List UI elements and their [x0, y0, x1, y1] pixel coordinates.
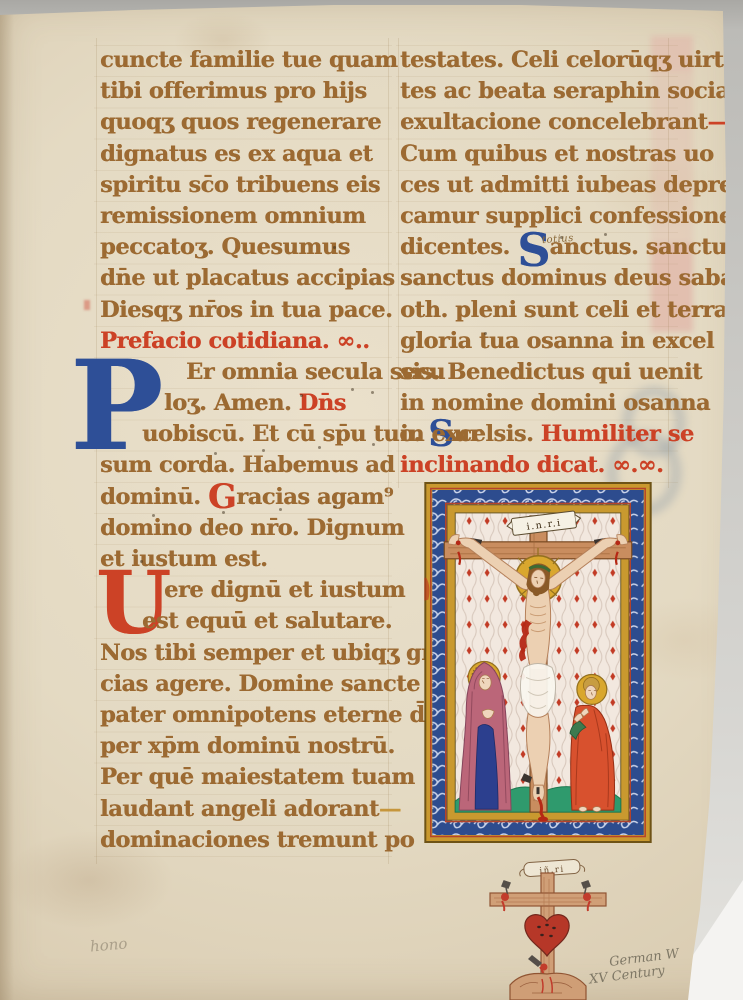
text-segment: Humiliter se — [541, 421, 694, 447]
text-line: domino deo nr̄o. Dignum — [100, 513, 392, 544]
crucifixion-miniature: i.n.r.i — [424, 482, 652, 843]
drawing-heart — [525, 915, 569, 956]
text-line: uobiscū. Et cū sp̄u tuo. Sur — [100, 419, 392, 450]
text-segment: — — [707, 109, 729, 135]
text-segment: gloria tua osanna in excel — [400, 328, 714, 354]
page-edge-shadow — [0, 0, 14, 1000]
text-line: tibi offerimus pro hijs — [100, 76, 392, 107]
text-line: in excelsis. Humiliter se — [400, 419, 670, 450]
text-line: cias agere. Domine sancte — [100, 669, 392, 700]
text-line: cuncte familie tue quam — [100, 45, 392, 76]
text-line: dominaciones tremunt po — [100, 825, 392, 856]
text-segment: inclinando dicat. ∞.∞. — [400, 452, 663, 478]
text-line: inclinando dicat. ∞.∞. — [400, 450, 670, 481]
text-line: Per quē maiestatem tuam — [100, 762, 392, 793]
text-line: dominū. Gracias agam⁹ — [100, 482, 392, 513]
text-segment: in excelsis. — [400, 421, 541, 447]
text-segment: Per quē maiestatem tuam — [100, 764, 415, 790]
text-segment: dominaciones tremunt po — [100, 827, 414, 853]
text-segment: Diesqʒ nr̄os in tua pace. — [100, 297, 392, 323]
ink-dot — [318, 446, 321, 449]
text-line: quoqʒ quos regenerare — [100, 107, 392, 138]
text-line: testates. Celi celorūqʒ uirtu — [400, 45, 670, 76]
text-segment: tibi offerimus pro hijs — [100, 78, 367, 104]
text-line: est equū et salutare. — [100, 606, 392, 637]
text-line: sanctus dominus deus saba — [400, 263, 670, 294]
text-segment: racias agam⁹ — [236, 484, 393, 510]
text-segment: loʒ. Amen. — [164, 390, 299, 416]
text-segment: uobiscū. Et cū sp̄u tuo. — [142, 421, 428, 447]
ink-dot — [560, 236, 563, 239]
ink-dot — [300, 394, 303, 397]
faint-inscription: hono — [89, 934, 128, 955]
text-segment: Prefacio cotidiana. ∞‥ — [100, 328, 370, 354]
drawing-base — [510, 973, 586, 1000]
text-segment: et iustum est. — [100, 546, 267, 572]
text-line: Nos tibi semper et ubiqʒ gra — [100, 638, 392, 669]
text-segment: dominū. — [100, 484, 208, 510]
text-line: pater omnipotens eterne d̄s — [100, 700, 392, 731]
text-line: ere dignū et iustum — [100, 575, 392, 606]
text-segment: cias agere. Domine sancte — [100, 671, 420, 697]
text-line: tes ac beata seraphin socia — [400, 76, 670, 107]
text-segment: G — [208, 476, 236, 516]
red-speck — [84, 300, 90, 310]
ink-dot — [372, 443, 375, 446]
text-segment: quoqʒ quos regenerare — [100, 109, 381, 135]
ink-dot — [214, 452, 217, 455]
text-line: loʒ. Amen. Dn̄s — [100, 388, 392, 419]
text-segment: tes ac beata seraphin socia — [400, 78, 729, 104]
text-segment: spiritu sc̄o tribuens eis — [100, 172, 380, 198]
ink-dot — [371, 391, 374, 394]
text-line: et iustum est. — [100, 544, 392, 575]
text-line: exultacione concelebrant— — [400, 107, 670, 138]
text-line: Diesqʒ nr̄os in tua pace. — [100, 295, 392, 326]
right-text-column: testates. Celi celorūqʒ uirtutes ac beat… — [400, 45, 670, 482]
text-segment: oth. pleni sunt celi et terra — [400, 297, 728, 323]
left-text-column: P U cuncte familie tue quamtibi offerimu… — [100, 45, 392, 856]
text-segment: per xp̄m dominū nostrū. — [100, 733, 395, 759]
text-segment: cuncte familie tue quam — [100, 47, 398, 73]
text-line: spiritu sc̄o tribuens eis — [100, 170, 392, 201]
text-line: ces ut admitti iubeas depre — [400, 170, 670, 201]
ink-dot — [351, 388, 354, 391]
text-segment: est equū et salutare. — [142, 608, 392, 634]
ink-dot — [484, 332, 487, 335]
text-segment: testates. Celi celorūqʒ uirtu — [400, 47, 739, 73]
text-line: per xp̄m dominū nostrū. — [100, 731, 392, 762]
ink-dot — [152, 514, 155, 517]
text-segment: domino deo nr̄o. Dignum — [100, 515, 404, 541]
ink-dot — [222, 511, 225, 514]
text-segment: laudant angeli adorant — [100, 796, 379, 822]
text-segment: sum corda. Habemus ad — [100, 452, 395, 478]
text-segment: peccatoʒ. Quesumus — [100, 234, 350, 260]
ink-dot — [279, 508, 282, 511]
text-segment: anctus. sanctus. — [550, 234, 743, 260]
text-line: oth. pleni sunt celi et terra — [400, 295, 670, 326]
text-line: remissionem omnium — [100, 201, 392, 232]
text-line: sis. Benedictus qui uenit — [400, 357, 670, 388]
text-line: dicentes. Sanctus. sanctus.totius — [400, 232, 670, 263]
parchment-leaf: P U cuncte familie tue quamtibi offerimu… — [0, 0, 743, 1000]
text-segment: dn̄e ut placatus accipias — [100, 265, 394, 291]
ink-dot — [262, 449, 265, 452]
text-segment: in nomine domini osanna — [400, 390, 710, 416]
text-line: sum corda. Habemus ad — [100, 450, 392, 481]
ink-dot — [604, 233, 607, 236]
text-segment: Dn̄s — [299, 390, 346, 416]
text-line: laudant angeli adorant— — [100, 794, 392, 825]
text-line: peccatoʒ. Quesumus — [100, 232, 392, 263]
text-segment: Nos tibi semper et ubiqʒ gra — [100, 640, 447, 666]
text-segment: sanctus dominus deus saba — [400, 265, 734, 291]
marginal-gloss: totius — [541, 223, 575, 256]
ink-dot — [333, 246, 336, 249]
ink-dot — [140, 560, 143, 563]
text-segment: dignatus es ex aqua et — [100, 141, 372, 167]
text-segment: remissionem omnium — [100, 203, 366, 229]
text-segment: — — [379, 796, 401, 822]
text-segment: ere dignū et iustum — [164, 577, 405, 603]
manuscript-photo: { "palette":{ "ink":"#9c6a32","rubric":"… — [0, 0, 743, 1000]
text-line: Er omnia secula secu — [100, 357, 392, 388]
ink-dot — [334, 505, 337, 508]
text-line: in nomine domini osanna — [400, 388, 670, 419]
text-line: gloria tua osanna in excel — [400, 326, 670, 357]
text-line: dn̄e ut placatus accipias — [100, 263, 392, 294]
text-segment: Cum quibus et nostras uo — [400, 141, 714, 167]
text-line: dignatus es ex aqua et — [100, 139, 392, 170]
text-segment: pater omnipotens eterne d̄s — [100, 702, 437, 728]
text-segment: sis. Benedictus qui uenit — [400, 359, 702, 385]
text-segment: ces ut admitti iubeas depre — [400, 172, 733, 198]
text-line: Prefacio cotidiana. ∞‥ — [100, 326, 392, 357]
text-line: Cum quibus et nostras uo — [400, 139, 670, 170]
text-segment: dicentes. — [400, 234, 517, 260]
text-segment: exultacione concelebrant — [400, 109, 707, 135]
